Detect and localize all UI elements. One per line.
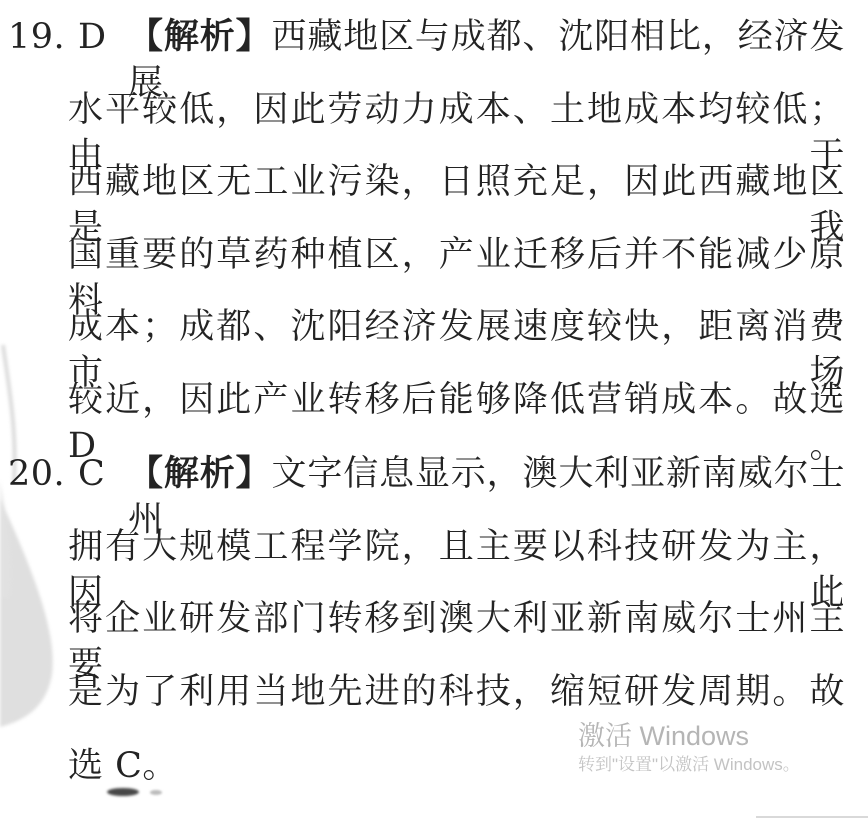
analysis-tag: 【解析】 — [128, 16, 271, 57]
explanation-line: 国重要的草药种植区，产业迁移后并不能减少原料 — [68, 232, 845, 278]
windows-activation-watermark-title: 激活 Windows — [578, 720, 749, 752]
windows-activation-watermark-subtitle: 转到"设置"以激活 Windows。 — [578, 754, 800, 776]
explanation-line: 是为了利用当地先进的科技，缩短研发周期。故 — [68, 669, 845, 715]
answer-item-19: 19. D 【解析】西藏地区与成都、沈阳相比，经济发展 — [8, 14, 845, 60]
explanation-line: 水平较低，因此劳动力成本、土地成本均较低；由于 — [68, 87, 845, 133]
explanation-line: 较近，因此产业转移后能够降低营销成本。故选 D。 — [68, 377, 845, 423]
explanation-line: 【解析】文字信息显示，澳大利亚新南威尔士州 — [128, 451, 845, 497]
ink-smudge-dot — [150, 790, 162, 795]
answer-item-20: 20. C 【解析】文字信息显示，澳大利亚新南威尔士州 — [8, 451, 845, 497]
question-number-20: 20. — [8, 451, 78, 497]
scanned-answer-page: 19. D 【解析】西藏地区与成都、沈阳相比，经济发展 水平较低，因此劳动力成本… — [0, 0, 868, 818]
explanation-line: 选 C。 — [68, 743, 178, 789]
ink-smudge — [107, 788, 139, 796]
answer-letter-19: D — [78, 14, 128, 60]
answer-letter-20: C — [78, 451, 128, 497]
explanation-line: 成本；成都、沈阳经济发展速度较快，距离消费市场 — [68, 304, 845, 350]
scanner-smear-shape — [0, 330, 72, 730]
explanation-line: 将企业研发部门转移到澳大利亚新南威尔士州主要 — [68, 596, 845, 642]
explanation-line: 【解析】西藏地区与成都、沈阳相比，经济发展 — [128, 14, 845, 60]
question-number-19: 19. — [8, 14, 78, 60]
analysis-tag: 【解析】 — [128, 453, 271, 494]
explanation-line: 西藏地区无工业污染，日照充足，因此西藏地区是我 — [68, 159, 845, 205]
explanation-line: 拥有大规模工程学院，且主要以科技研发为主，因此 — [68, 524, 845, 570]
